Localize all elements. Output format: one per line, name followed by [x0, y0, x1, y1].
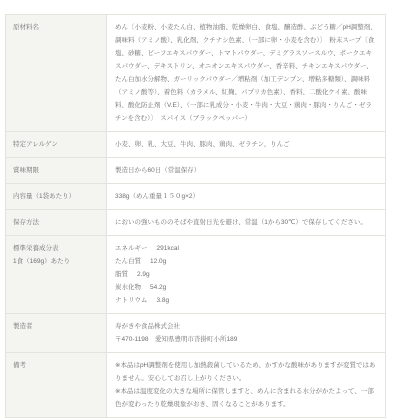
table-row-best-before: 賞味期限 製造日から60日（常温保存）	[6, 158, 386, 184]
nutrition-value: 291kcal	[157, 245, 179, 252]
table-row-manufacturer: 製造者 寿がきや食品株式会社 〒470-1198 愛知県豊明市沓掛町小所189	[6, 314, 386, 353]
nutrition-value: 2.9g	[137, 271, 150, 278]
nutrition-item-carbohydrate: 炭水化物54.2g	[115, 281, 378, 294]
nutrition-item-fat: 脂質2.9g	[115, 268, 378, 281]
nutrition-value: 12.0g	[150, 258, 166, 265]
row-label-nutrition: 標準栄養成分表 1食（169g）あたり	[6, 236, 107, 314]
row-value-manufacturer: 寿がきや食品株式会社 〒470-1198 愛知県豊明市沓掛町小所189	[107, 314, 386, 353]
row-label-remarks: 備考	[6, 353, 107, 401]
manufacturer-address: 〒470-1198 愛知県豊明市沓掛町小所189	[115, 333, 378, 346]
remarks-note-ph: ※本品はpH調整剤を使用し加熱殺菌しているため、かすかな酸味がありますが変質では…	[115, 359, 378, 385]
row-label-best-before: 賞味期限	[6, 158, 107, 184]
row-value-storage: においの強いもののそばや直射日光を避け、常温（1から30℃）で保存してください。	[107, 210, 386, 236]
remarks-note-temperature: ※本品は温度変化の大きな場所に保管しますと、めんに含まれる水分がかたよって、一部…	[115, 385, 378, 400]
nutrition-item-protein: たん白質12.0g	[115, 255, 378, 268]
row-value-nutrition: エネルギー291kcal たん白質12.0g 脂質2.9g 炭水化物54.2g …	[107, 236, 386, 314]
nutrition-name: 脂質	[115, 271, 128, 278]
table-row-nutrition: 標準栄養成分表 1食（169g）あたり エネルギー291kcal たん白質12.…	[6, 236, 386, 314]
product-spec-table: 原材料名 めん〔小麦粉、小麦たん白、植物油脂、乾燥卵白、食塩、醸造酢、ぶどう糖／…	[5, 14, 386, 400]
table-row-storage: 保存方法 においの強いもののそばや直射日光を避け、常温（1から30℃）で保存して…	[6, 210, 386, 236]
table-row-ingredients: 原材料名 めん〔小麦粉、小麦たん白、植物油脂、乾燥卵白、食塩、醸造酢、ぶどう糖／…	[6, 15, 386, 132]
nutrition-name: ナトリウム	[115, 297, 147, 304]
row-label-storage: 保存方法	[6, 210, 107, 236]
row-value-net-content: 338g（めん重量１５０g×2）	[107, 184, 386, 210]
table-row-remarks: 備考 ※本品はpH調整剤を使用し加熱殺菌しているため、かすかな酸味がありますが変…	[6, 353, 386, 401]
nutrition-label-title: 標準栄養成分表	[13, 242, 101, 255]
row-label-ingredients: 原材料名	[6, 15, 107, 132]
nutrition-value: 54.2g	[150, 284, 166, 291]
table-row-allergens: 特定アレルゲン 小麦、卵、乳、大豆、牛肉、豚肉、鶏肉、ゼラチン、りんご	[6, 132, 386, 158]
nutrition-item-energy: エネルギー291kcal	[115, 242, 378, 255]
row-value-allergens: 小麦、卵、乳、大豆、牛肉、豚肉、鶏肉、ゼラチン、りんご	[107, 132, 386, 158]
nutrition-item-sodium: ナトリウム3.8g	[115, 294, 378, 307]
manufacturer-name: 寿がきや食品株式会社	[115, 320, 378, 333]
row-label-allergens: 特定アレルゲン	[6, 132, 107, 158]
row-value-best-before: 製造日から60日（常温保存）	[107, 158, 386, 184]
row-value-ingredients: めん〔小麦粉、小麦たん白、植物油脂、乾燥卵白、食塩、醸造酢、ぶどう糖／pH調整剤…	[107, 15, 386, 132]
nutrition-name: 炭水化物	[115, 284, 141, 291]
nutrition-label-serving: 1食（169g）あたり	[13, 255, 101, 268]
nutrition-name: エネルギー	[115, 245, 148, 252]
nutrition-name: たん白質	[115, 258, 141, 265]
nutrition-value: 3.8g	[156, 297, 169, 304]
row-label-manufacturer: 製造者	[6, 314, 107, 353]
row-label-net-content: 内容量（1袋あたり）	[6, 184, 107, 210]
row-value-remarks: ※本品はpH調整剤を使用し加熱殺菌しているため、かすかな酸味がありますが変質では…	[107, 353, 386, 401]
table-row-net-content: 内容量（1袋あたり） 338g（めん重量１５０g×2）	[6, 184, 386, 210]
